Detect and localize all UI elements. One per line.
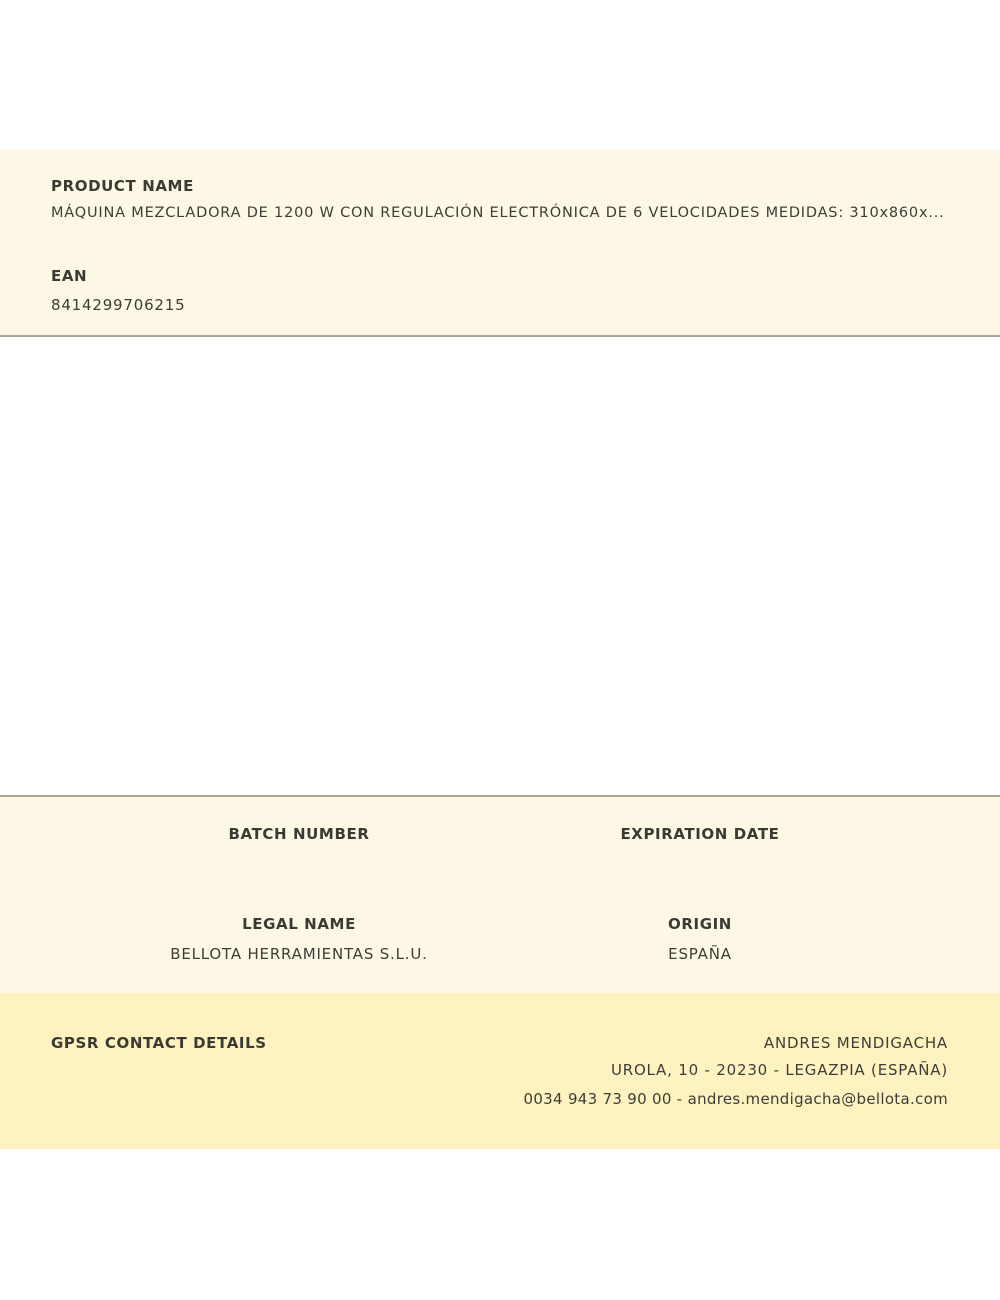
gpsr-contact-label: GPSR CONTACT DETAILS	[51, 1034, 267, 1052]
origin-value: ESPAÑA	[500, 945, 900, 963]
legal-name-label: LEGAL NAME	[99, 915, 499, 933]
gpsr-contact-section: GPSR CONTACT DETAILS ANDRES MENDIGACHA U…	[0, 993, 1000, 1149]
expiration-date-label: EXPIRATION DATE	[500, 825, 900, 843]
batch-number-label: BATCH NUMBER	[99, 825, 499, 843]
ean-value: 8414299706215	[51, 296, 185, 314]
product-details-section: BATCH NUMBER EXPIRATION DATE LEGAL NAME …	[0, 795, 1000, 995]
ean-label: EAN	[51, 267, 87, 285]
contact-name: ANDRES MENDIGACHA	[764, 1034, 948, 1052]
product-name-label: PRODUCT NAME	[51, 177, 194, 195]
contact-phone-email[interactable]: 0034 943 73 90 00 - andres.mendigacha@be…	[524, 1090, 949, 1108]
contact-address: UROLA, 10 - 20230 - LEGAZPIA (ESPAÑA)	[611, 1061, 948, 1079]
product-info-section: PRODUCT NAME MÁQUINA MEZCLADORA DE 1200 …	[0, 150, 1000, 337]
origin-label: ORIGIN	[500, 915, 900, 933]
product-name-value: MÁQUINA MEZCLADORA DE 1200 W CON REGULAC…	[51, 205, 945, 221]
legal-name-value: BELLOTA HERRAMIENTAS S.L.U.	[99, 945, 499, 963]
